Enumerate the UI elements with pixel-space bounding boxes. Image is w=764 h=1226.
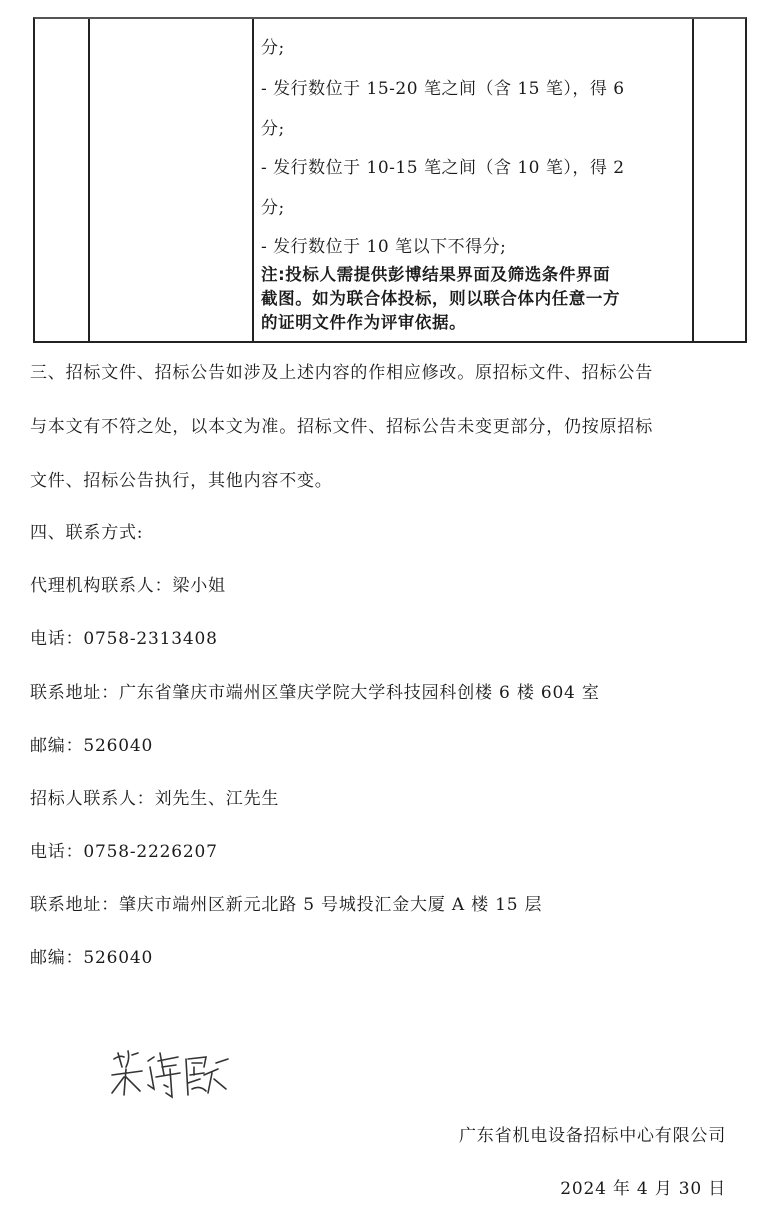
- scoring-criteria-cell: 分; - 发行数位于 15-20 笔之间（含 15 笔），得 6 分; - 发行…: [254, 19, 692, 341]
- table-divider: [88, 19, 90, 341]
- section3-line: 文件、招标公告执行，其他内容不变。: [30, 466, 333, 491]
- handwritten-signature: [108, 1045, 238, 1105]
- criteria-line: 分;: [261, 114, 285, 139]
- agency-phone: 电话：0758-2313408: [30, 624, 218, 649]
- criteria-line: - 发行数位于 10 笔以下不得分;: [261, 232, 506, 257]
- agency-contact: 代理机构联系人：梁小姐: [30, 571, 226, 596]
- note-line: 截图。如为联合体投标，则以联合体内任意一方: [261, 287, 691, 311]
- criteria-line: - 发行数位于 15-20 笔之间（含 15 笔），得 6: [261, 74, 625, 99]
- criteria-note: 注:投标人需提供彭博结果界面及筛选条件界面 截图。如为联合体投标，则以联合体内任…: [261, 263, 691, 335]
- section3-line: 与本文有不符之处，以本文为准。招标文件、招标公告未变更部分，仍按原招标: [30, 412, 653, 437]
- criteria-line: - 发行数位于 10-15 笔之间（含 10 笔），得 2: [261, 153, 625, 178]
- section4-heading: 四、联系方式:: [30, 518, 143, 543]
- tenderer-postcode: 邮编：526040: [30, 943, 153, 968]
- tenderer-contact: 招标人联系人：刘先生、江先生: [30, 784, 279, 809]
- criteria-line: 分;: [261, 193, 285, 218]
- document-date: 2024 年 4 月 30 日: [560, 1174, 726, 1199]
- note-line: 的证明文件作为评审依据。: [261, 311, 691, 335]
- agency-address: 联系地址：广东省肇庆市端州区肇庆学院大学科技园科创楼 6 楼 604 室: [30, 678, 600, 703]
- agency-postcode: 邮编：526040: [30, 731, 153, 756]
- table-divider: [692, 19, 694, 341]
- note-line: 注:投标人需提供彭博结果界面及筛选条件界面: [261, 263, 691, 287]
- tenderer-address: 联系地址：肇庆市端州区新元北路 5 号城投汇金大厦 A 楼 15 层: [30, 890, 542, 915]
- criteria-line: 分;: [261, 33, 285, 58]
- scoring-table: 分; - 发行数位于 15-20 笔之间（含 15 笔），得 6 分; - 发行…: [33, 17, 747, 343]
- section3-line: 三、招标文件、招标公告如涉及上述内容的作相应修改。原招标文件、招标公告: [30, 358, 653, 383]
- tenderer-phone: 电话：0758-2226207: [30, 837, 218, 862]
- company-name: 广东省机电设备招标中心有限公司: [459, 1121, 726, 1146]
